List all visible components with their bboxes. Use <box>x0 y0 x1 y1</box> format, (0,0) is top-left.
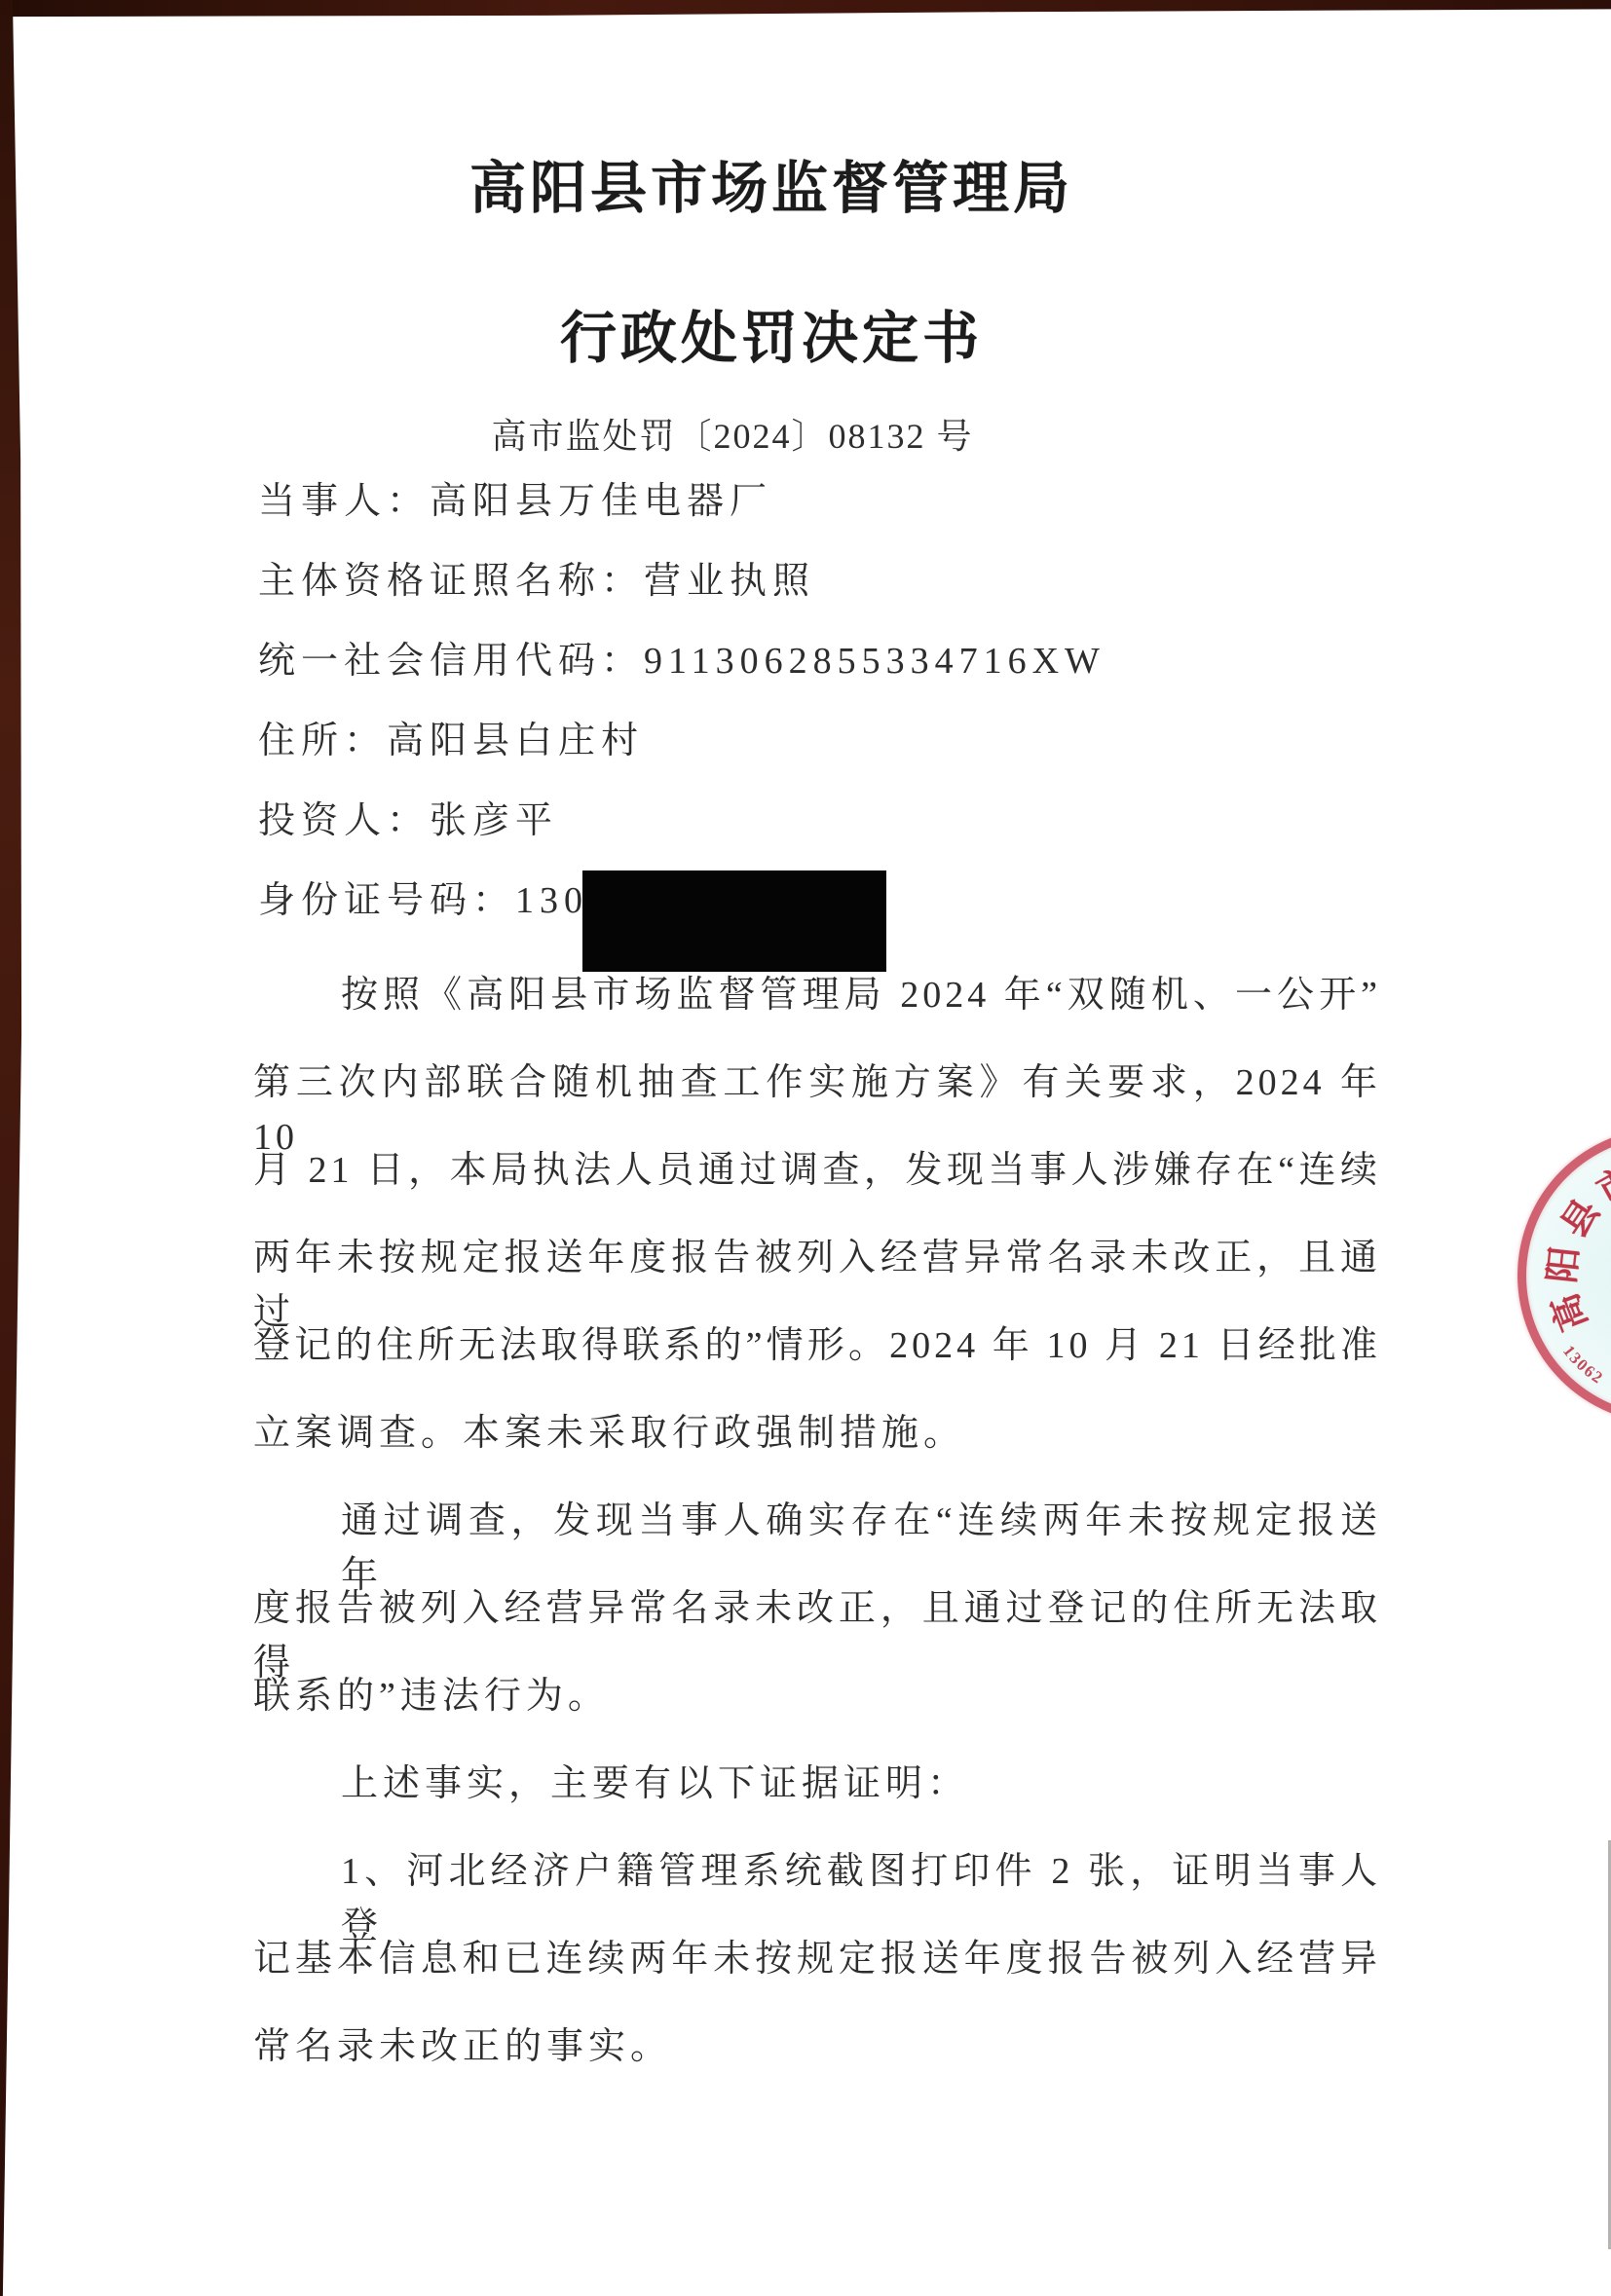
body-text-line: 上述事实，主要有以下证据证明： <box>253 1757 1381 1844</box>
body-text-line: 通过调查，发现当事人确实存在“连续两年未按规定报送年 <box>253 1494 1381 1581</box>
party-field-line: 统一社会信用代码：9113062855334716XW <box>258 635 1446 715</box>
document-title-type: 行政处罚决定书 <box>0 292 1577 374</box>
party-field-line: 主体资格证照名称：营业执照 <box>258 555 1446 635</box>
document-body: 按照《高阳县市场监督管理局 2024 年“双随机、一公开”第三次内部联合随机抽查… <box>253 968 1381 2107</box>
party-field-line: 当事人：高阳县万佳电器厂 <box>258 475 1446 555</box>
body-text-line: 1、河北经济户籍管理系统截图打印件 2 张，证明当事人登 <box>253 1844 1381 1932</box>
body-text-line: 按照《高阳县市场监督管理局 2024 年“双随机、一公开” <box>253 968 1381 1055</box>
body-text-line: 度报告被列入经营异常名录未改正，且通过登记的住所无法取得 <box>253 1581 1381 1669</box>
official-seal-stamp: 高阳县市13062 <box>1517 1128 1611 1424</box>
document-title-agency: 高阳县市场监督管理局 <box>0 142 1577 224</box>
body-text-line: 第三次内部联合随机抽查工作实施方案》有关要求，2024 年 10 <box>253 1055 1381 1143</box>
scanned-document-page: 高阳县市场监督管理局 行政处罚决定书 高市监处罚〔2024〕08132 号 当事… <box>0 0 1611 2296</box>
body-text-line: 立案调查。本案未采取行政强制措施。 <box>253 1406 1381 1494</box>
seal-ring-character: 高 <box>1546 1286 1596 1337</box>
body-text-line: 月 21 日，本局执法人员通过调查，发现当事人涉嫌存在“连续 <box>253 1143 1381 1231</box>
party-field-line: 投资人：张彦平 <box>258 795 1446 874</box>
seal-ring-character: 阳 <box>1544 1243 1587 1286</box>
body-text-line: 两年未按规定报送年度报告被列入经营异常名录未改正，且通过 <box>253 1231 1381 1318</box>
id-number-redaction-box <box>582 870 886 972</box>
body-text-line: 记基本信息和已连续两年未按规定报送年度报告被列入经营异 <box>253 1932 1381 2019</box>
body-text-line: 联系的”违法行为。 <box>253 1669 1381 1757</box>
party-field-line: 住所：高阳县白庄村 <box>258 715 1446 795</box>
body-text-line: 常名录未改正的事实。 <box>253 2019 1381 2107</box>
document-number: 高市监处罚〔2024〕08132 号 <box>0 409 1538 459</box>
scan-frame-top-edge <box>0 0 1611 18</box>
body-text-line: 登记的住所无法取得联系的”情形。2024 年 10 月 21 日经批准 <box>253 1318 1381 1406</box>
